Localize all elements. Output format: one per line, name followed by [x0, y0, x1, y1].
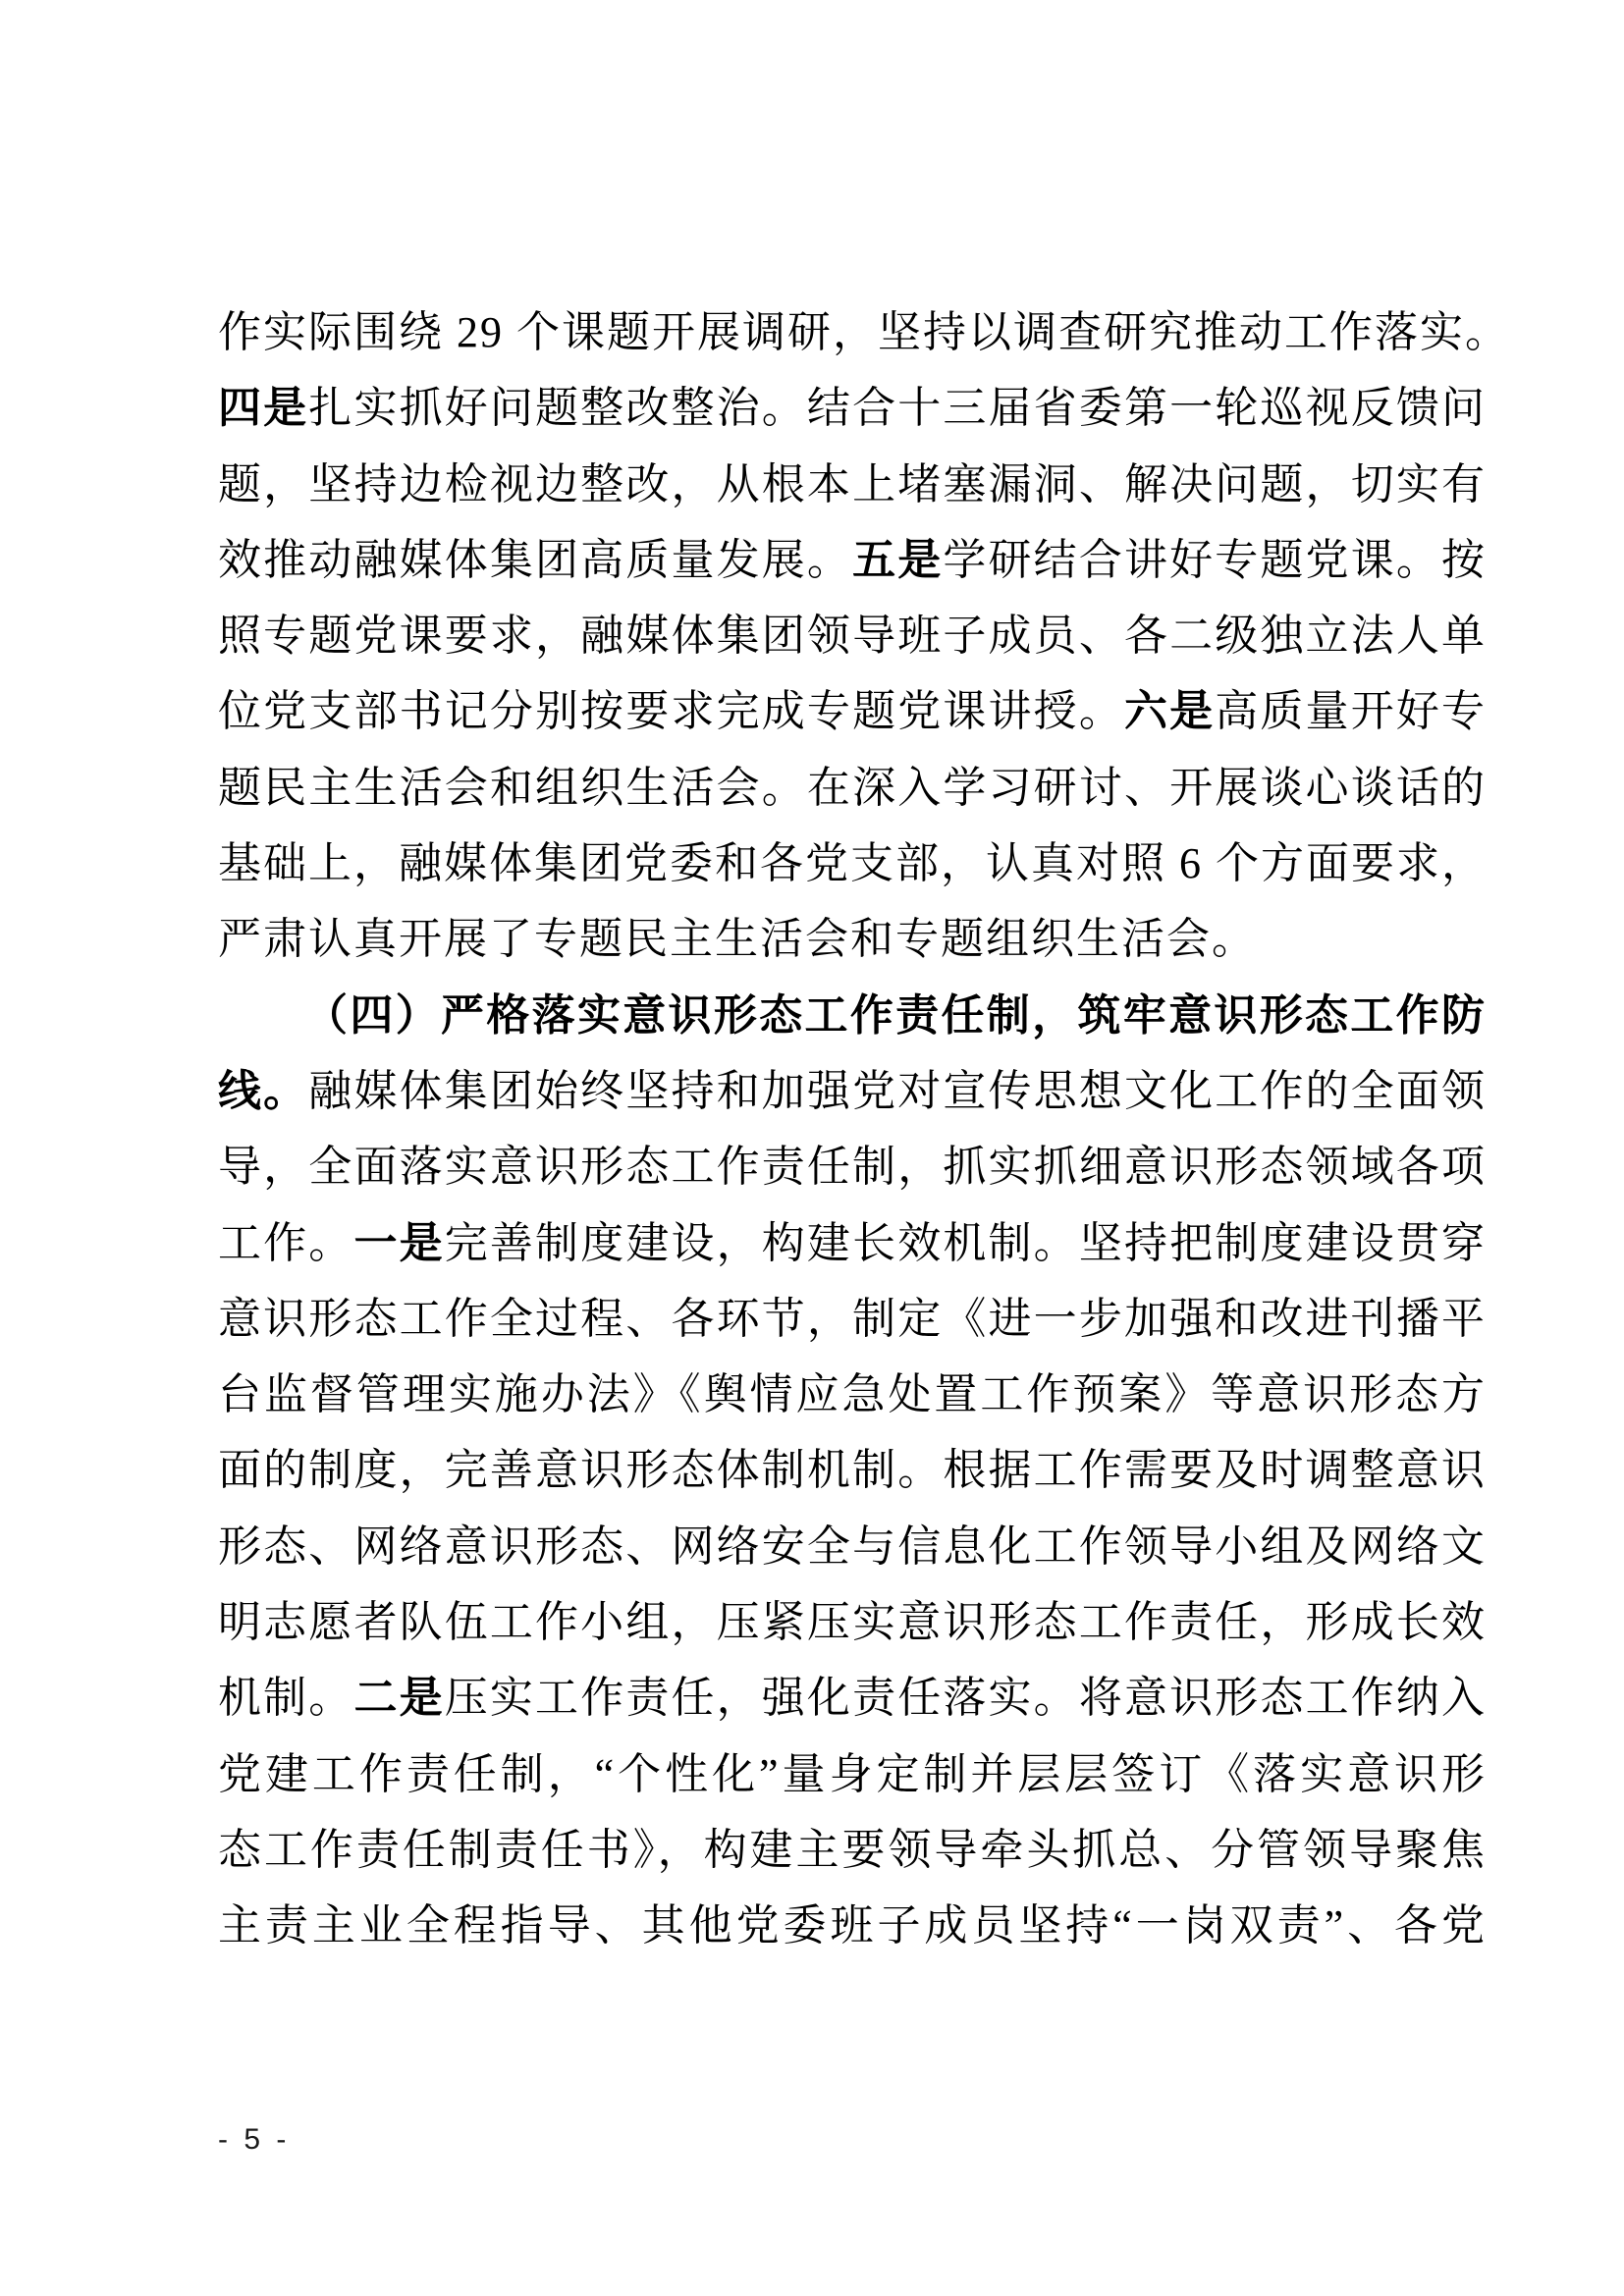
text-line: 作实际围绕 29 个课题开展调研，坚持以调查研究推动工作落实。 [218, 294, 1487, 370]
text-line: 基础上，融媒体集团党委和各党支部，认真对照 6 个方面要求， [218, 826, 1487, 901]
text-segment: 作实际围绕 29 个课题开展调研，坚持以调查研究推动工作落实。 [218, 308, 1510, 356]
text-line: 效推动融媒体集团高质量发展。五是学研结合讲好专题党课。按 [218, 522, 1487, 598]
text-line: 形态、网络意识形态、网络安全与信息化工作领导小组及网络文 [218, 1509, 1487, 1584]
text-segment: 融媒体集团始终坚持和加强党对宣传思想文化工作的全面领 [308, 1067, 1487, 1115]
text-segment: 明志愿者队伍工作小组，压紧压实意识形态工作责任，形成长效 [218, 1598, 1487, 1646]
emphasis-text: （四）严格落实意识形态工作责任制，筑牢意识形态工作防 [304, 991, 1487, 1040]
text-line: 四是扎实抓好问题整改整治。结合十三届省委第一轮巡视反馈问 [218, 370, 1487, 446]
page-number: - 5 - [218, 2122, 290, 2158]
text-line: 意识形态工作全过程、各环节，制定《进一步加强和改进刊播平 [218, 1281, 1487, 1357]
text-line: 机制。二是压实工作责任，强化责任落实。将意识形态工作纳入 [218, 1660, 1487, 1735]
text-segment: 学研结合讲好专题党课。按 [943, 536, 1487, 584]
text-line: 党建工作责任制，“个性化”量身定制并层层签订《落实意识形 [218, 1736, 1487, 1812]
text-segment: 台监督管理实施办法》《舆情应急处置工作预案》等意识形态方 [218, 1370, 1487, 1418]
text-segment: 效推动融媒体集团高质量发展。 [218, 536, 852, 584]
emphasis-text: 二是 [353, 1674, 444, 1722]
text-line: 主责主业全程指导、其他党委班子成员坚持“一岗双责”、各党 [218, 1888, 1487, 1963]
text-line: 题，坚持边检视边整改，从根本上堵塞漏洞、解决问题，切实有 [218, 447, 1487, 522]
text-line: 照专题党课要求，融媒体集团领导班子成员、各二级独立法人单 [218, 598, 1487, 673]
text-line: 面的制度，完善意识形态体制机制。根据工作需要及时调整意识 [218, 1432, 1487, 1508]
text-line: 线。融媒体集团始终坚持和加强党对宣传思想文化工作的全面领 [218, 1053, 1487, 1129]
text-line: 导，全面落实意识形态工作责任制，抓实抓细意识形态领域各项 [218, 1129, 1487, 1204]
text-line: 位党支部书记分别按要求完成专题党课讲授。六是高质量开好专 [218, 673, 1487, 749]
emphasis-text: 一是 [353, 1219, 444, 1267]
text-segment: 工作。 [218, 1219, 353, 1267]
text-segment: 严肃认真开展了专题民主生活会和专题组织生活会。 [218, 915, 1257, 963]
body-text: 作实际围绕 29 个课题开展调研，坚持以调查研究推动工作落实。四是扎实抓好问题整… [218, 294, 1487, 1964]
emphasis-text: 线。 [218, 1067, 308, 1115]
text-segment: 主责主业全程指导、其他党委班子成员坚持“一岗双责”、各党 [218, 1901, 1487, 1949]
emphasis-text: 六是 [1124, 687, 1215, 735]
text-segment: 态工作责任制责任书》，构建主要领导牵头抓总、分管领导聚焦 [218, 1826, 1487, 1874]
text-segment: 面的制度，完善意识形态体制机制。根据工作需要及时调整意识 [218, 1446, 1487, 1494]
text-segment: 题民主生活会和组织生活会。在深入学习研讨、开展谈心谈话的 [218, 764, 1487, 812]
text-line: 态工作责任制责任书》，构建主要领导牵头抓总、分管领导聚焦 [218, 1812, 1487, 1888]
text-segment: 扎实抓好问题整改整治。结合十三届省委第一轮巡视反馈问 [308, 384, 1487, 432]
text-segment: 机制。 [218, 1674, 353, 1722]
text-line: 台监督管理实施办法》《舆情应急处置工作预案》等意识形态方 [218, 1357, 1487, 1432]
text-segment: 高质量开好专 [1215, 687, 1487, 735]
text-segment: 完善制度建设，构建长效机制。坚持把制度建设贯穿 [445, 1219, 1487, 1267]
text-segment: 题，坚持边检视边整改，从根本上堵塞漏洞、解决问题，切实有 [218, 460, 1487, 508]
text-segment: 位党支部书记分别按要求完成专题党课讲授。 [218, 687, 1124, 735]
text-segment: 压实工作责任，强化责任落实。将意识形态工作纳入 [445, 1674, 1487, 1722]
text-segment: 导，全面落实意识形态工作责任制，抓实抓细意识形态领域各项 [218, 1143, 1487, 1191]
emphasis-text: 四是 [218, 384, 308, 432]
text-line: 题民主生活会和组织生活会。在深入学习研讨、开展谈心谈话的 [218, 750, 1487, 826]
text-segment: 基础上，融媒体集团党委和各党支部，认真对照 6 个方面要求， [218, 839, 1487, 887]
text-line: 工作。一是完善制度建设，构建长效机制。坚持把制度建设贯穿 [218, 1205, 1487, 1281]
text-segment: 形态、网络意识形态、网络安全与信息化工作领导小组及网络文 [218, 1522, 1487, 1571]
document-page: 作实际围绕 29 个课题开展调研，坚持以调查研究推动工作落实。四是扎实抓好问题整… [0, 0, 1624, 2296]
text-segment: 党建工作责任制，“个性化”量身定制并层层签订《落实意识形 [218, 1750, 1487, 1798]
text-line: 严肃认真开展了专题民主生活会和专题组织生活会。 [218, 901, 1487, 977]
text-segment: 意识形态工作全过程、各环节，制定《进一步加强和改进刊播平 [218, 1295, 1487, 1343]
heading-line: （四）严格落实意识形态工作责任制，筑牢意识形态工作防 [218, 978, 1487, 1053]
text-line: 明志愿者队伍工作小组，压紧压实意识形态工作责任，形成长效 [218, 1584, 1487, 1660]
emphasis-text: 五是 [852, 536, 943, 584]
text-segment: 照专题党课要求，融媒体集团领导班子成员、各二级独立法人单 [218, 612, 1487, 660]
